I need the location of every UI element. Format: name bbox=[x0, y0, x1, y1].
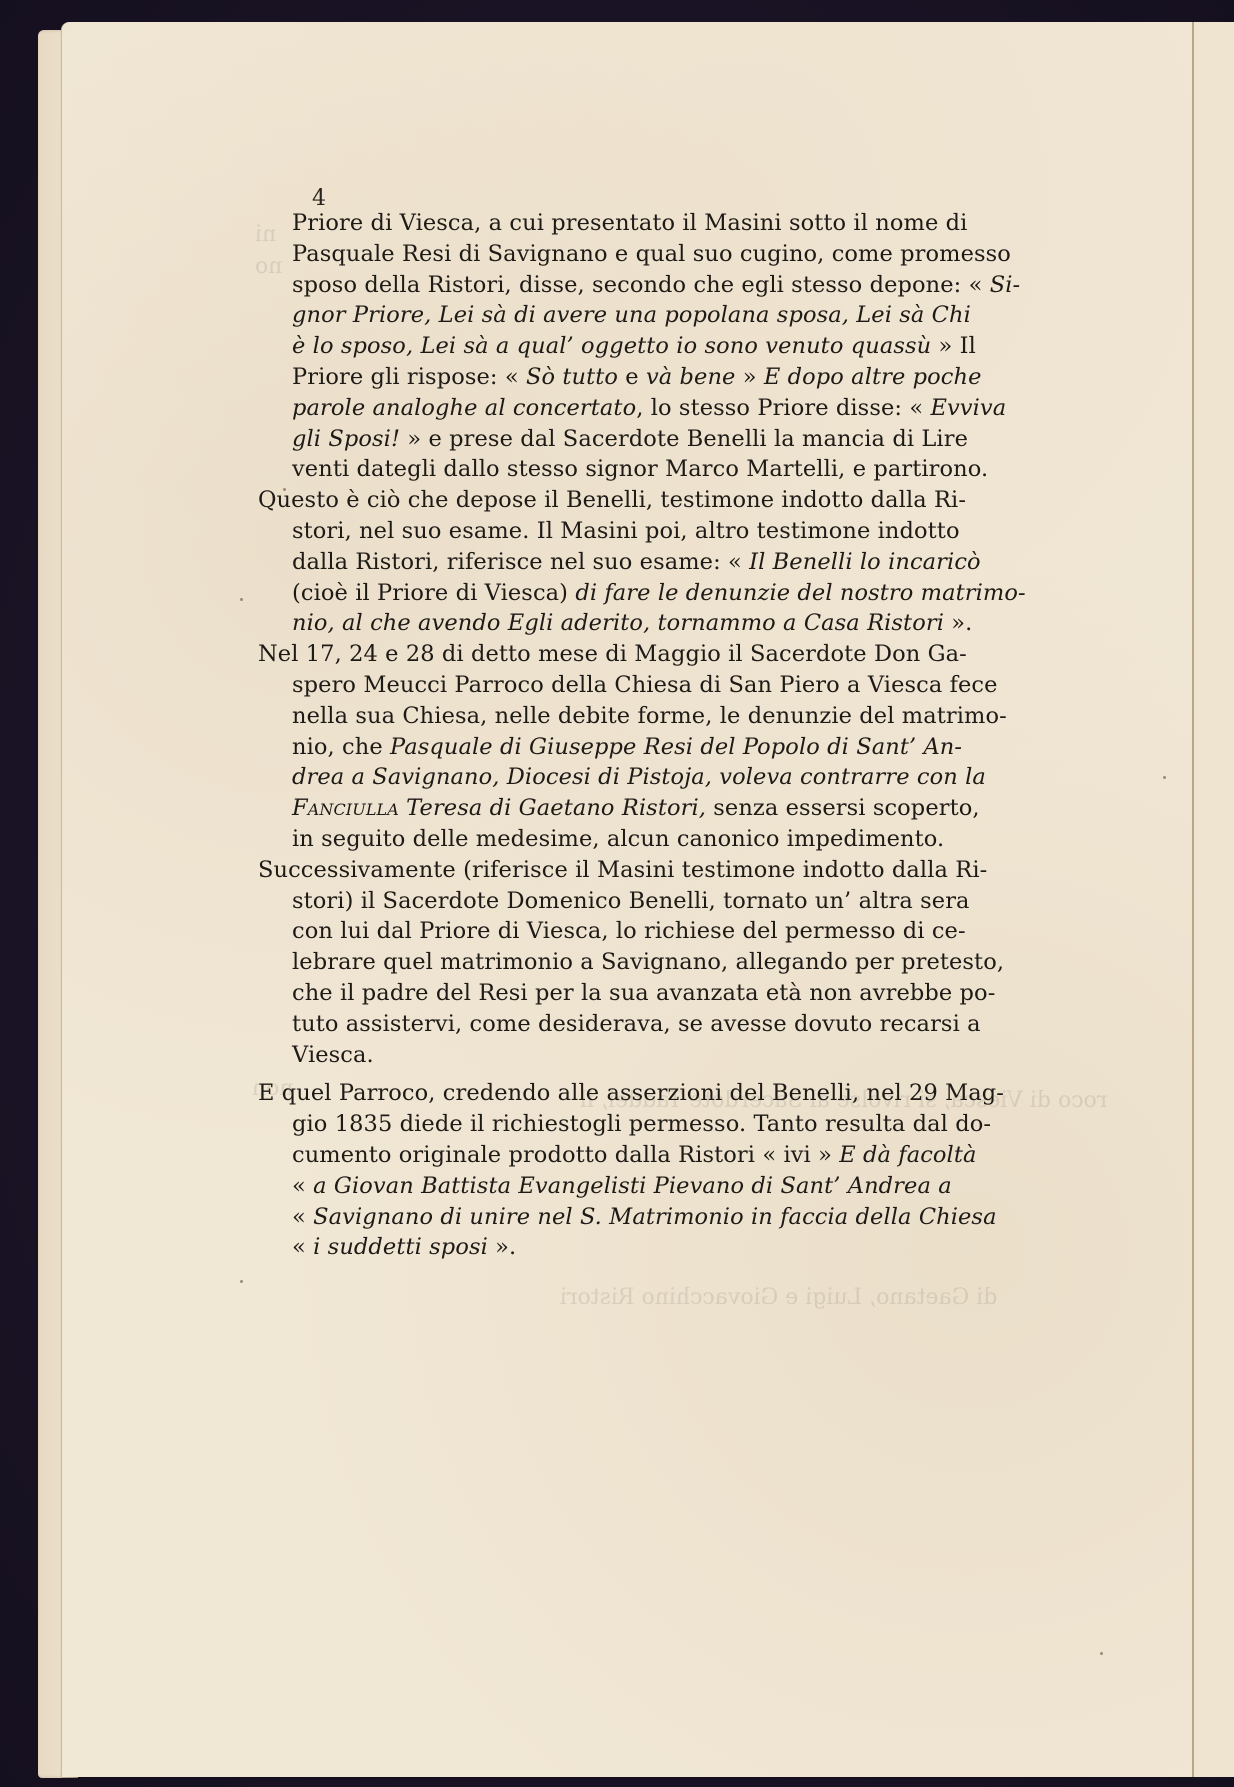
italic-run: Il Benelli lo incaricò bbox=[749, 549, 981, 575]
text-run: ». bbox=[488, 1234, 516, 1260]
text-line: (cioè il Priore di Viesca) di fare le de… bbox=[292, 578, 932, 609]
paper-speck bbox=[1163, 776, 1166, 779]
text-run: , lo stesso Priore disse: « bbox=[636, 395, 930, 421]
paper-speck bbox=[240, 598, 243, 601]
text-run: nio, che bbox=[292, 734, 390, 760]
italic-run: gli Sposi! bbox=[292, 426, 400, 452]
text-line: « Savignano di unire nel S. Matrimonio i… bbox=[292, 1202, 932, 1233]
text-line: con lui dal Priore di Viesca, lo richies… bbox=[292, 916, 932, 947]
paragraph: Successivamente (riferisce il Masini tes… bbox=[292, 855, 932, 1079]
text-line: nio, che Pasquale di Giuseppe Resi del P… bbox=[292, 732, 932, 763]
italic-run: Evviva bbox=[930, 395, 1006, 421]
text-run: stori, nel suo esame. Il Masini poi, alt… bbox=[292, 518, 960, 544]
text-line: Pasquale Resi di Savignano e qual suo cu… bbox=[292, 239, 932, 270]
italic-run: di fare le denunzie del nostro matrimo- bbox=[575, 580, 1025, 606]
paper-speck bbox=[1100, 1652, 1103, 1655]
italic-run: Pasquale di Giuseppe Resi del Popolo di … bbox=[390, 734, 962, 760]
text-line: sposo della Ristori, disse, secondo che … bbox=[292, 270, 932, 301]
italic-run: E dà facoltà bbox=[839, 1142, 976, 1168]
text-line: stori) il Sacerdote Domenico Benelli, to… bbox=[292, 886, 932, 917]
text-run: Priore gli rispose: « bbox=[292, 364, 526, 390]
italic-run: Sò tutto bbox=[526, 364, 618, 390]
italic-run: và bene bbox=[646, 364, 736, 390]
text-line: è lo sposo, Lei sà a qual’ oggetto io so… bbox=[292, 331, 932, 362]
text-line: venti dategli dallo stesso signor Marco … bbox=[292, 454, 932, 485]
text-run: Nel 17, 24 e 28 di detto mese di Maggio … bbox=[258, 641, 967, 667]
text-run: nella sua Chiesa, nelle debite forme, le… bbox=[292, 703, 1007, 729]
text-run: che il padre del Resi per la sua avanzat… bbox=[292, 980, 995, 1006]
text-line: Priore di Viesca, a cui presentato il Ma… bbox=[292, 208, 932, 239]
italic-run: Si- bbox=[990, 272, 1021, 298]
text-line: Fanciulla Teresa di Gaetano Ristori, sen… bbox=[292, 793, 932, 824]
text-run: (cioè il Priore di Viesca) bbox=[292, 580, 575, 606]
text-run: sposo della Ristori, disse, secondo che … bbox=[292, 272, 990, 298]
italic-run: E dopo altre poche bbox=[764, 364, 982, 390]
italic-run: Savignano di unire nel S. Matrimonio in … bbox=[313, 1204, 996, 1230]
text-run: Viesca. bbox=[292, 1042, 374, 1068]
italic-run: nio, al che avendo Egli aderito, tornamm… bbox=[292, 610, 944, 636]
text-line: cumento originale prodotto dalla Ristori… bbox=[292, 1140, 932, 1171]
show-through-text: di Gaetano, Luigi e Giovacchino Ristori bbox=[560, 1285, 997, 1310]
text-run: tuto assistervi, come desiderava, se ave… bbox=[292, 1011, 981, 1037]
show-through-text: ni bbox=[255, 222, 276, 247]
italic-run: i suddetti sposi bbox=[313, 1234, 488, 1260]
text-run: gio 1835 diede il richiestogli permesso.… bbox=[292, 1111, 991, 1137]
text-line: « a Giovan Battista Evangelisti Pievano … bbox=[292, 1171, 932, 1202]
text-line: nella sua Chiesa, nelle debite forme, le… bbox=[292, 701, 932, 732]
text-line: gli Sposi! » e prese dal Sacerdote Benel… bbox=[292, 424, 932, 455]
text-line: Priore gli rispose: « Sò tutto e và bene… bbox=[292, 362, 932, 393]
text-line: dalla Ristori, riferisce nel suo esame: … bbox=[292, 547, 932, 578]
text-run: Priore di Viesca, a cui presentato il Ma… bbox=[292, 210, 967, 236]
paragraph: Questo è ciò che depose il Benelli, test… bbox=[292, 485, 932, 639]
text-line: stori, nel suo esame. Il Masini poi, alt… bbox=[292, 516, 932, 547]
text-run: E quel Parroco, credendo alle asserzioni… bbox=[258, 1080, 1004, 1106]
text-line: nio, al che avendo Egli aderito, tornamm… bbox=[292, 608, 932, 639]
text-line: « i suddetti sposi ». bbox=[292, 1232, 932, 1263]
text-run: e bbox=[618, 364, 646, 390]
italic-run: drea a Savignano, Diocesi di Pistoja, vo… bbox=[292, 764, 986, 790]
paper-speck bbox=[240, 1280, 243, 1283]
text-run: » bbox=[735, 364, 763, 390]
text-run: spero Meucci Parroco della Chiesa di San… bbox=[292, 672, 998, 698]
text-line: parole analoghe al concertato, lo stesso… bbox=[292, 393, 932, 424]
small-caps-run: Fanciulla bbox=[292, 795, 399, 821]
text-run: dalla Ristori, riferisce nel suo esame: … bbox=[292, 549, 749, 575]
text-line: che il padre del Resi per la sua avanzat… bbox=[292, 978, 932, 1009]
text-run: Pasquale Resi di Savignano e qual suo cu… bbox=[292, 241, 1011, 267]
text-line: drea a Savignano, Diocesi di Pistoja, vo… bbox=[292, 762, 932, 793]
italic-run: è lo sposo, Lei sà a qual’ oggetto io so… bbox=[292, 333, 931, 359]
text-run: venti dategli dallo stesso signor Marco … bbox=[292, 456, 988, 482]
text-line: Viesca. bbox=[292, 1040, 932, 1071]
text-line: Successivamente (riferisce il Masini tes… bbox=[258, 855, 932, 886]
text-line: lebrare quel matrimonio a Savignano, all… bbox=[292, 947, 932, 978]
show-through-text: no bbox=[255, 254, 282, 279]
paragraph: Priore di Viesca, a cui presentato il Ma… bbox=[292, 208, 932, 485]
text-line: spero Meucci Parroco della Chiesa di San… bbox=[292, 670, 932, 701]
italic-run: gnor Priore, Lei sà di avere una popolan… bbox=[292, 302, 971, 328]
body-text: Priore di Viesca, a cui presentato il Ma… bbox=[292, 208, 932, 1263]
text-line: Questo è ciò che depose il Benelli, test… bbox=[258, 485, 932, 516]
text-line: gio 1835 diede il richiestogli permesso.… bbox=[292, 1109, 932, 1140]
paragraph-spacer bbox=[292, 1070, 932, 1078]
text-line: in seguito delle medesime, alcun canonic… bbox=[292, 824, 932, 855]
italic-run: a Giovan Battista Evangelisti Pievano di… bbox=[313, 1173, 952, 1199]
text-line: Nel 17, 24 e 28 di detto mese di Maggio … bbox=[258, 639, 932, 670]
text-run: « bbox=[292, 1204, 313, 1230]
text-line: tuto assistervi, come desiderava, se ave… bbox=[292, 1009, 932, 1040]
facing-page-edge bbox=[1192, 22, 1234, 1777]
italic-run: parole analoghe al concertato bbox=[292, 395, 636, 421]
text-line: gnor Priore, Lei sà di avere una popolan… bbox=[292, 300, 932, 331]
text-run: con lui dal Priore di Viesca, lo richies… bbox=[292, 918, 966, 944]
italic-run: Teresa di Gaetano Ristori, bbox=[399, 795, 706, 821]
text-line: E quel Parroco, credendo alle asserzioni… bbox=[258, 1078, 932, 1109]
paragraph: Nel 17, 24 e 28 di detto mese di Maggio … bbox=[292, 639, 932, 855]
text-run: « bbox=[292, 1234, 313, 1260]
text-run: » Il bbox=[931, 333, 976, 359]
text-run: stori) il Sacerdote Domenico Benelli, to… bbox=[292, 888, 970, 914]
text-run: « bbox=[292, 1173, 313, 1199]
text-run: cumento originale prodotto dalla Ristori… bbox=[292, 1142, 839, 1168]
text-run: in seguito delle medesime, alcun canonic… bbox=[292, 826, 944, 852]
text-run: lebrare quel matrimonio a Savignano, all… bbox=[292, 949, 1004, 975]
text-run: ». bbox=[944, 610, 972, 636]
paragraph: E quel Parroco, credendo alle asserzioni… bbox=[292, 1078, 932, 1263]
text-run: senza essersi scoperto, bbox=[706, 795, 980, 821]
text-run: Successivamente (riferisce il Masini tes… bbox=[258, 857, 987, 883]
text-run: » e prese dal Sacerdote Benelli la manci… bbox=[400, 426, 968, 452]
text-run: Questo è ciò che depose il Benelli, test… bbox=[258, 487, 966, 513]
